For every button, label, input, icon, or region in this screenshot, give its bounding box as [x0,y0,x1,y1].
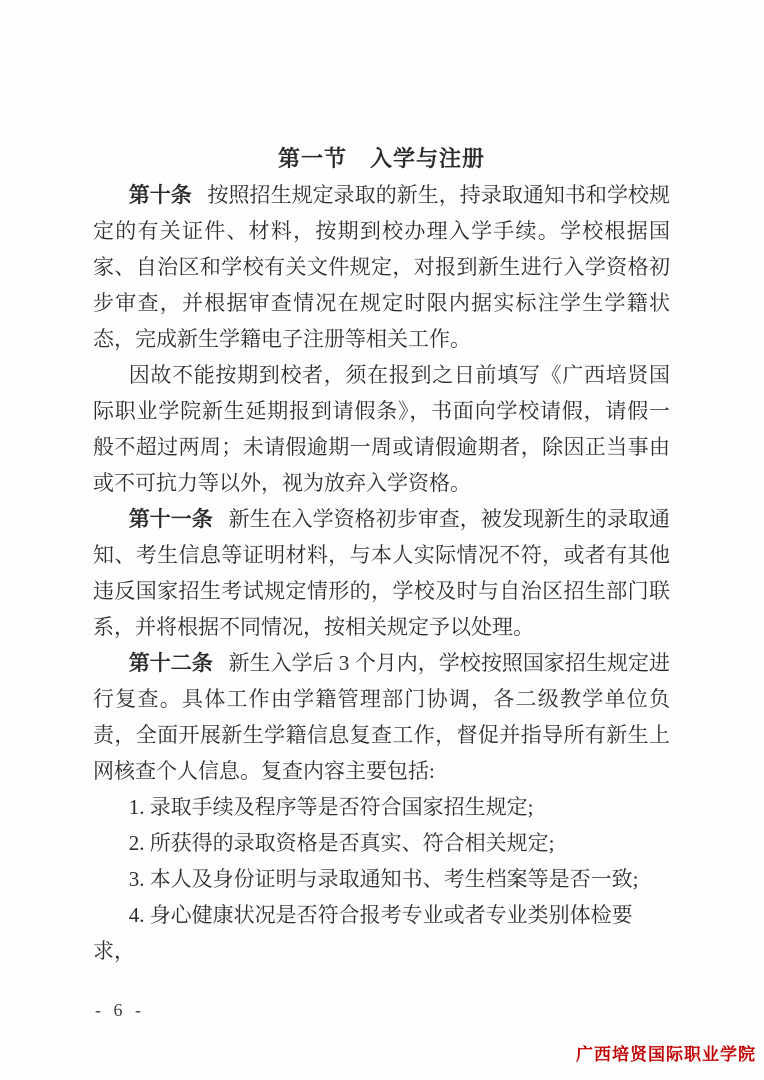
article-paragraph: 第十一条新生在入学资格初步审查，被发现新生的录取通知、考生信息等证明材料，与本人… [93,501,670,645]
footer-brand: 广西培贤国际职业学院 [576,1044,756,1066]
list-item: 2. 所获得的录取资格是否真实、符合相关规定; [93,825,670,861]
document-page: 第一节 入学与注册 第十条按照招生规定录取的新生，持录取通知书和学校规定的有关证… [0,0,764,1080]
document-body: 第一节 入学与注册 第十条按照招生规定录取的新生，持录取通知书和学校规定的有关证… [93,141,670,969]
article-paragraph: 第十二条新生入学后 3 个月内，学校按照国家招生规定进行复查。具体工作由学籍管理… [93,645,670,789]
article-number: 第十条 [129,183,192,207]
article-paragraph: 因故不能按期到校者，须在报到之日前填写《广西培贤国际职业学院新生延期报到请假条》… [93,357,670,501]
article-text: 因故不能按期到校者，须在报到之日前填写《广西培贤国际职业学院新生延期报到请假条》… [93,363,670,495]
article-number: 第十一条 [129,507,213,531]
article-number: 第十二条 [129,651,213,675]
list-item: 1. 录取手续及程序等是否符合国家招生规定; [93,789,670,825]
section-title: 第一节 入学与注册 [93,141,670,177]
article-paragraph: 第十条按照招生规定录取的新生，持录取通知书和学校规定的有关证件、材料，按期到校办… [93,177,670,357]
list-item: 3. 本人及身份证明与录取通知书、考生档案等是否一致; [93,861,670,897]
article-text: 按照招生规定录取的新生，持录取通知书和学校规定的有关证件、材料，按期到校办理入学… [93,183,670,351]
page-number: - 6 - [95,998,145,1022]
list-item: 4. 身心健康状况是否符合报考专业或者专业类别体检要求， [93,897,670,969]
